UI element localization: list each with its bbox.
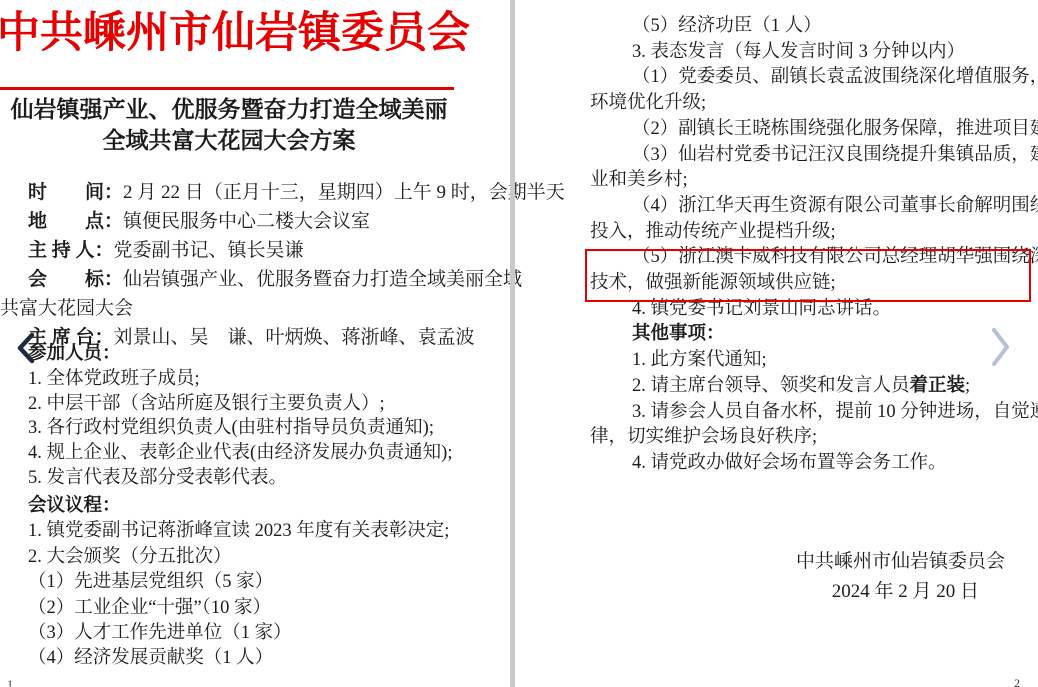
text-line: 2. 请主席台领导、领奖和发言人员着正装; (590, 374, 1034, 400)
text-segment: 5. 发言代表及部分受表彰代表。 (28, 468, 287, 488)
meeting-info-block: 时 间：2 月 22 日（正月十三，星期四）上午 9 时，会期半天地 点：镇便民… (0, 178, 512, 352)
document-title: 仙岩镇强产业、优服务暨奋力打造全域美丽 全域共富大花园大会方案 (0, 94, 458, 156)
text-segment: （2）工业企业“十强”（10 家） (28, 598, 271, 618)
text-line: 主 持 人：党委副书记、镇长吴谦 (0, 236, 512, 265)
text-segment: 技术，做强新能源领域供应链; (590, 273, 836, 293)
text-segment-bold: 时 间： (28, 182, 123, 203)
signature-date: 2024 年 2 月 20 日 (515, 576, 979, 603)
agenda-block: 会议议程：1. 镇党委副书记蒋浙峰宣读 2023 年度有关表彰决定;2. 大会颁… (0, 494, 512, 672)
text-segment: （3）人才工作先进单位（1 家） (28, 623, 292, 643)
text-line: 会议议程： (0, 494, 512, 519)
text-segment: 3. 请参会人员自备水杯，提前 10 分钟进场，自觉遵守会议纪 (632, 402, 1038, 422)
text-segment: 1. 全体党政班子成员; (28, 369, 200, 389)
text-line: 律，切实维护会场良好秩序; (590, 425, 1034, 451)
text-segment-bold: 着正装 (910, 376, 966, 396)
prev-page-button[interactable] (13, 331, 41, 365)
document-title-line1: 仙岩镇强产业、优服务暨奋力打造全域美丽 (0, 94, 458, 125)
text-line: 1. 全体党政班子成员; (0, 367, 512, 392)
text-line: 5. 发言代表及部分受表彰代表。 (0, 466, 512, 491)
chevron-right-icon (986, 324, 1014, 370)
text-line: 地 点：镇便民服务中心二楼大会议室 (0, 207, 512, 236)
text-segment: 仙岩镇强产业、优服务暨奋力打造全域美丽全域 (123, 269, 522, 290)
text-line: 其他事项： (590, 322, 1034, 348)
page-right: （5）经济功臣（1 人）3. 表态发言（每人发言时间 3 分钟以内）（1）党委委… (515, 0, 1038, 687)
text-segment: 2. 请主席台领导、领奖和发言人员 (632, 376, 910, 396)
document-viewer: 中共嵊州市仙岩镇委员会 仙岩镇强产业、优服务暨奋力打造全域美丽 全域共富大花园大… (0, 0, 1038, 687)
text-segment: 3. 表态发言（每人发言时间 3 分钟以内） (632, 42, 965, 62)
text-line: （2）副镇长王晓栋围绕强化服务保障，推进项目建设; (590, 117, 1034, 143)
body-text-block: （5）经济功臣（1 人）3. 表态发言（每人发言时间 3 分钟以内）（1）党委委… (590, 14, 1034, 477)
text-segment: 环境优化升级; (590, 93, 706, 113)
text-line: 业和美乡村; (590, 168, 1034, 194)
text-segment: 党委副书记、镇长吴谦 (114, 240, 304, 261)
page-number-left: 1 (7, 677, 13, 687)
text-line: 环境优化升级; (590, 91, 1034, 117)
text-segment: （2）副镇长王晓栋围绕强化服务保障，推进项目建设; (632, 119, 1038, 139)
text-line: 3. 各行政村党组织负责人(由驻村指导员负责通知); (0, 416, 512, 441)
text-line: 3. 表态发言（每人发言时间 3 分钟以内） (590, 40, 1034, 66)
text-segment-bold: 参加人员： (28, 344, 121, 364)
text-line: 1. 此方案代通知; (590, 348, 1034, 374)
text-line: 4. 请党政办做好会场布置等会务工作。 (590, 451, 1034, 477)
letterhead-title: 中共嵊州市仙岩镇委员会 (0, 9, 470, 58)
text-line: 1. 镇党委副书记蒋浙峰宣读 2023 年度有关表彰决定; (0, 519, 512, 544)
text-line: 技术，做强新能源领域供应链; (590, 271, 1034, 297)
chevron-left-icon (13, 331, 41, 365)
next-page-button[interactable] (986, 324, 1014, 370)
text-segment-bold: 主 持 人： (28, 240, 114, 261)
letterhead-rule (0, 87, 454, 90)
text-line: （1）党委委员、副镇长袁孟波围绕深化增值服务，推动营商 (590, 65, 1034, 91)
text-segment: 投入，推动传统产业提档升级; (590, 222, 836, 242)
text-segment: ; (965, 376, 970, 396)
text-line: 2. 大会颁奖（分五批次） (0, 545, 512, 570)
document-title-line2: 全域共富大花园大会方案 (0, 125, 458, 156)
text-line: （5）经济功臣（1 人） (590, 14, 1034, 40)
attendees-block: 参加人员：1. 全体党政班子成员;2. 中层干部（含站所庭及银行主要负责人）;3… (0, 342, 512, 491)
text-line: （2）工业企业“十强”（10 家） (0, 596, 512, 621)
text-line: （3）人才工作先进单位（1 家） (0, 621, 512, 646)
text-segment: 1. 镇党委副书记蒋浙峰宣读 2023 年度有关表彰决定; (28, 521, 449, 541)
text-segment: （5）浙江澳卡威科技有限公司总经理胡华强围绕深耕新材料 (632, 247, 1038, 267)
text-segment-bold: 其他事项： (632, 324, 725, 344)
text-segment: 律，切实维护会场良好秩序; (590, 427, 817, 447)
text-line: 会 标：仙岩镇强产业、优服务暨奋力打造全域美丽全域 (0, 265, 512, 294)
text-segment: 4. 镇党委书记刘景山同志讲话。 (632, 299, 891, 319)
text-line: 参加人员： (0, 342, 512, 367)
text-segment: （5）经济功臣（1 人） (632, 16, 822, 36)
text-line: （3）仙岩村党委书记汪汉良围绕提升集镇品质，建设宜居宜 (590, 143, 1034, 169)
text-segment: 业和美乡村; (590, 170, 688, 190)
text-line: 4. 镇党委书记刘景山同志讲话。 (590, 297, 1034, 323)
text-segment: 1. 此方案代通知; (632, 350, 767, 370)
text-segment: （4）经济发展贡献奖（1 人） (28, 648, 273, 668)
text-line: （1）先进基层党组织（5 家） (0, 570, 512, 595)
text-line: 4. 规上企业、表彰企业代表(由经济发展办负责通知); (0, 441, 512, 466)
text-line: 3. 请参会人员自备水杯，提前 10 分钟进场，自觉遵守会议纪 (590, 400, 1034, 426)
text-segment: 2 月 22 日（正月十三，星期四）上午 9 时，会期半天 (123, 182, 565, 203)
text-segment: （1）先进基层党组织（5 家） (28, 572, 273, 592)
text-line: （4）浙江华天再生资源有限公司董事长俞解明围绕加大创新 (590, 194, 1034, 220)
text-segment: （1）党委委员、副镇长袁孟波围绕深化增值服务，推动营商 (632, 67, 1038, 87)
text-segment: 4. 规上企业、表彰企业代表(由经济发展办负责通知); (28, 443, 452, 463)
text-line: 共富大花园大会 (0, 294, 512, 323)
text-segment-bold: 地 点： (28, 211, 123, 232)
page-left: 中共嵊州市仙岩镇委员会 仙岩镇强产业、优服务暨奋力打造全域美丽 全域共富大花园大… (0, 0, 510, 687)
text-line: 投入，推动传统产业提档升级; (590, 220, 1034, 246)
text-line: （4）经济发展贡献奖（1 人） (0, 646, 512, 671)
signature-org: 中共嵊州市仙岩镇委员会 (515, 546, 1005, 573)
text-segment: 3. 各行政村党组织负责人(由驻村指导员负责通知); (28, 418, 434, 438)
text-segment: 2. 中层干部（含站所庭及银行主要负责人）; (28, 394, 385, 414)
text-segment: 2. 大会颁奖（分五批次） (28, 547, 232, 567)
text-segment: 镇便民服务中心二楼大会议室 (123, 211, 370, 232)
text-segment: （3）仙岩村党委书记汪汉良围绕提升集镇品质，建设宜居宜 (632, 145, 1038, 165)
text-segment-bold: 会议议程： (28, 496, 121, 516)
text-segment-bold: 会 标： (28, 269, 123, 290)
text-segment: 4. 请党政办做好会场布置等会务工作。 (632, 453, 947, 473)
text-segment: （4）浙江华天再生资源有限公司董事长俞解明围绕加大创新 (632, 196, 1038, 216)
text-segment: 共富大花园大会 (0, 298, 133, 319)
text-line: （5）浙江澳卡威科技有限公司总经理胡华强围绕深耕新材料 (590, 245, 1034, 271)
text-line: 时 间：2 月 22 日（正月十三，星期四）上午 9 时，会期半天 (0, 178, 512, 207)
text-line: 2. 中层干部（含站所庭及银行主要负责人）; (0, 392, 512, 417)
page-number-right: 2 (1014, 676, 1020, 687)
